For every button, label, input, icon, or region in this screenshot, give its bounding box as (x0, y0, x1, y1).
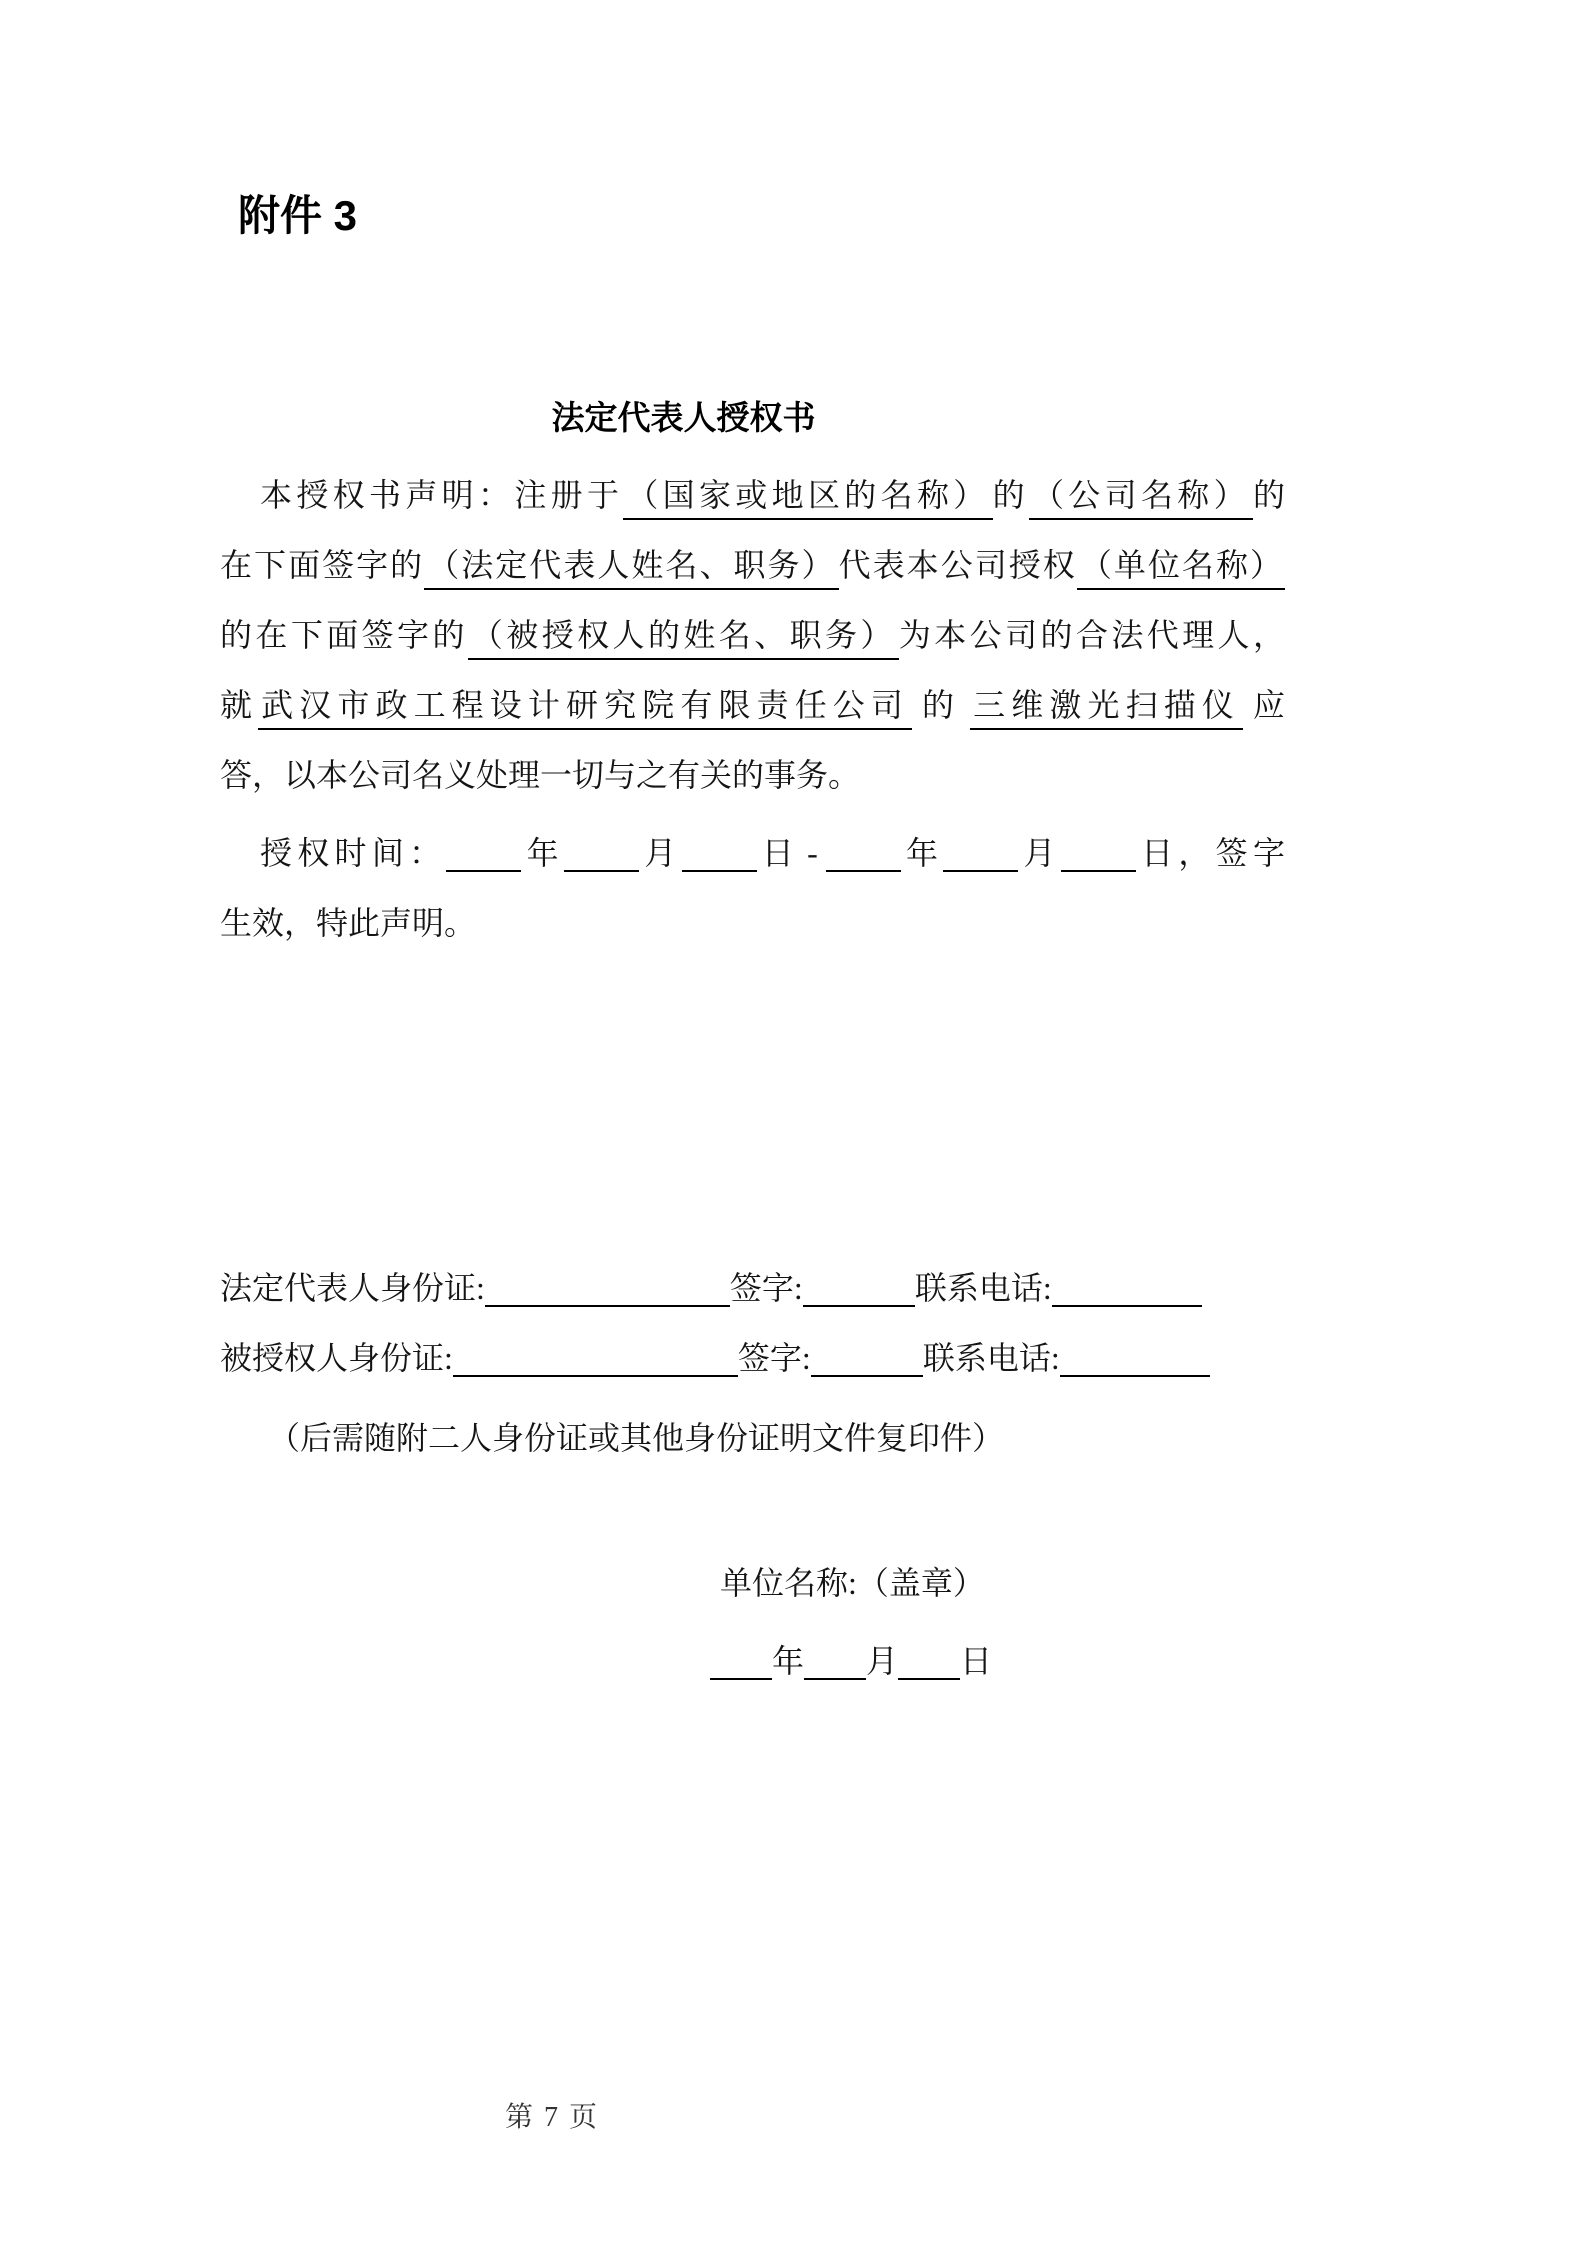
day-label: 日 (960, 1643, 992, 1679)
phone-label: 联系电话: (915, 1270, 1052, 1306)
phone-label: 联系电话: (923, 1340, 1060, 1376)
underline-blank-unit-name: （单位名称） (1077, 547, 1285, 590)
id-row-authorized: 被授权人身份证:签字:联系电话: (220, 1323, 1285, 1393)
para-text: 答，以本公司名义处理一切与之有关的事务。 (220, 757, 860, 793)
day-label: 日 (1136, 835, 1179, 871)
attachment-note: （后需随附二人身份证或其他身份证明文件复印件） (220, 1403, 1285, 1473)
document-title: 法定代表人授权书 (220, 394, 1285, 444)
note-text: （后需随附二人身份证或其他身份证明文件复印件） (268, 1420, 1004, 1456)
id-row-legal-rep: 法定代表人身份证:签字:联系电话: (220, 1253, 1285, 1323)
year-label: 年 (772, 1643, 804, 1679)
blank-line-sig-day (898, 1642, 960, 1680)
effective-statement-line: 生效，特此声明。 (220, 888, 1285, 958)
date-line: 年月日 (710, 1626, 992, 1696)
blank-line-legal-rep-sign (803, 1269, 915, 1307)
auth-period-line: 授权时间：年月日-年月日，签字 (220, 818, 1285, 888)
para-text: 的 (993, 477, 1029, 513)
blank-line-day-start (682, 834, 757, 872)
blank-line-year-end (826, 834, 901, 872)
attachment-label: 附件 3 (238, 190, 357, 242)
authorization-period: 授权时间：年月日-年月日，签字 生效，特此声明。 (220, 818, 1285, 958)
para-line-4: 就武汉市政工程设计研究院有限责任公司的三维激光扫描仪应 (220, 670, 1285, 740)
para-text: 的 (1253, 477, 1285, 513)
underline-blank-authorized-name: （被授权人的姓名、职务） (468, 617, 899, 660)
month-label: 月 (866, 1643, 898, 1679)
dash-separator: - (807, 835, 818, 871)
auth-period-suffix: ，签字 (1178, 835, 1285, 871)
blank-line-legal-rep-phone (1052, 1269, 1202, 1307)
underline-company-name: 武汉市政工程设计研究院有限责任公司 (258, 687, 912, 730)
blank-line-authorized-sign (811, 1339, 923, 1377)
para-text: 的在下面签字的 (220, 617, 468, 653)
sign-label: 签字: (738, 1340, 811, 1376)
company-seal-line: 单位名称:（盖章） (710, 1548, 992, 1618)
para-line-1: 本授权书声明：注册于（国家或地区的名称）的（公司名称）的 (220, 460, 1285, 530)
year-label: 年 (521, 835, 564, 871)
page-number-footer: 第 7 页 (505, 2098, 599, 2138)
blank-line-authorized-phone (1060, 1339, 1210, 1377)
auth-period-label: 授权时间： (260, 835, 446, 871)
underline-blank-legal-rep-name: （法定代表人姓名、职务） (424, 547, 838, 590)
para-line-3: 的在下面签字的（被授权人的姓名、职务）为本公司的合法代理人， (220, 600, 1285, 670)
effective-statement: 生效，特此声明。 (220, 905, 476, 941)
para-line-5: 答，以本公司名义处理一切与之有关的事务。 (220, 740, 1285, 810)
identity-section: 法定代表人身份证:签字:联系电话: 被授权人身份证:签字:联系电话: （后需随附… (220, 1253, 1285, 1473)
para-text: 为本公司的合法代理人， (899, 617, 1285, 653)
blank-line-legal-rep-id (485, 1269, 730, 1307)
para-text: 的 (922, 687, 960, 723)
para-text: 应 (1253, 687, 1285, 723)
para-text: 在下面签字的 (220, 547, 424, 583)
underline-blank-country: （国家或地区的名称） (623, 477, 992, 520)
day-label: 日 (757, 835, 800, 871)
blank-line-authorized-id (453, 1339, 738, 1377)
blank-line-month-end (943, 834, 1018, 872)
month-label: 月 (1018, 835, 1061, 871)
month-label: 月 (639, 835, 682, 871)
document-page: { "page": { "attachment_label": "附件 3", … (0, 0, 1587, 2245)
body-paragraph: 本授权书声明：注册于（国家或地区的名称）的（公司名称）的 在下面签字的（法定代表… (220, 460, 1285, 810)
blank-line-day-end (1061, 834, 1136, 872)
blank-line-sig-month (804, 1642, 866, 1680)
signature-block: 单位名称:（盖章） 年月日 (710, 1548, 992, 1696)
year-label: 年 (901, 835, 944, 871)
underline-blank-company: （公司名称） (1029, 477, 1253, 520)
underline-project-name: 三维激光扫描仪 (970, 687, 1243, 730)
blank-line-month-start (564, 834, 639, 872)
para-text: 就 (220, 687, 258, 723)
company-seal-label: 单位名称:（盖章） (720, 1565, 985, 1601)
blank-line-year-start (446, 834, 521, 872)
para-line-2: 在下面签字的（法定代表人姓名、职务）代表本公司授权（单位名称） (220, 530, 1285, 600)
legal-rep-id-label: 法定代表人身份证: (220, 1270, 485, 1306)
para-text: 代表本公司授权 (839, 547, 1077, 583)
para-text: 本授权书声明：注册于 (260, 477, 623, 513)
authorized-id-label: 被授权人身份证: (220, 1340, 453, 1376)
sign-label: 签字: (730, 1270, 803, 1306)
blank-line-sig-year (710, 1642, 772, 1680)
